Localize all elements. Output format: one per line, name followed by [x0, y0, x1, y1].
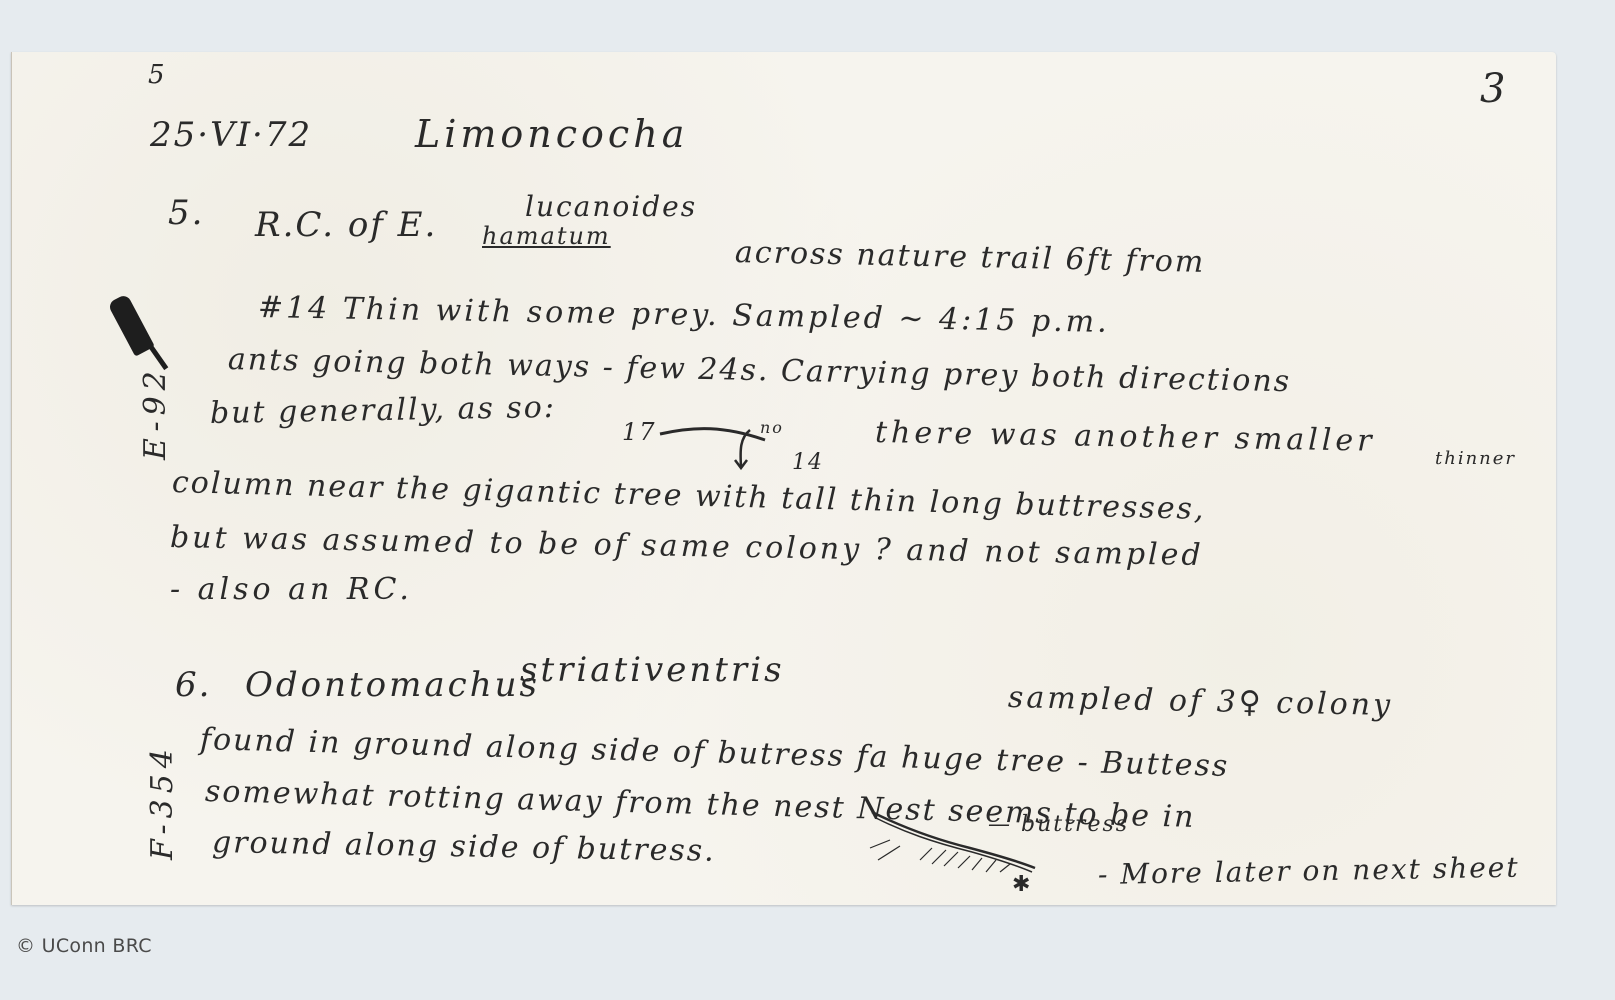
entry5-line7: - also an RC.: [170, 572, 413, 607]
entry6-genus: Odontomachus: [245, 665, 540, 705]
copyright-label: © UConn BRC: [16, 935, 152, 957]
diagram-label-17: 17: [622, 418, 657, 446]
entry5-number: 5.: [168, 193, 204, 233]
entry5-species-correction: lucanoides: [525, 190, 697, 223]
entry5-margin-code: E-92: [138, 365, 173, 460]
corner-number-left: 5: [148, 60, 167, 90]
entry6-margin-code: F-354: [145, 743, 180, 860]
entry5-line4-left: but generally, as so:: [210, 390, 557, 431]
diagram-label-no: no: [760, 418, 784, 437]
sketch-nest-marker: ✱: [1012, 872, 1032, 897]
entry6-number: 6.: [175, 665, 211, 705]
entry6-species: striativentris: [520, 650, 785, 690]
note-date: 25·VI·72: [150, 115, 312, 155]
entry5-insertion-thinner: thinner: [1435, 448, 1516, 469]
sketch-label-buttress: — buttress: [988, 812, 1129, 837]
corner-number-right: 3: [1480, 66, 1507, 112]
entry5-prefix: R.C. of E.: [255, 205, 437, 245]
diagram-label-14: 14: [792, 450, 824, 475]
note-location: Limoncocha: [415, 112, 688, 156]
entry5-species-struck: hamatum: [482, 222, 611, 250]
